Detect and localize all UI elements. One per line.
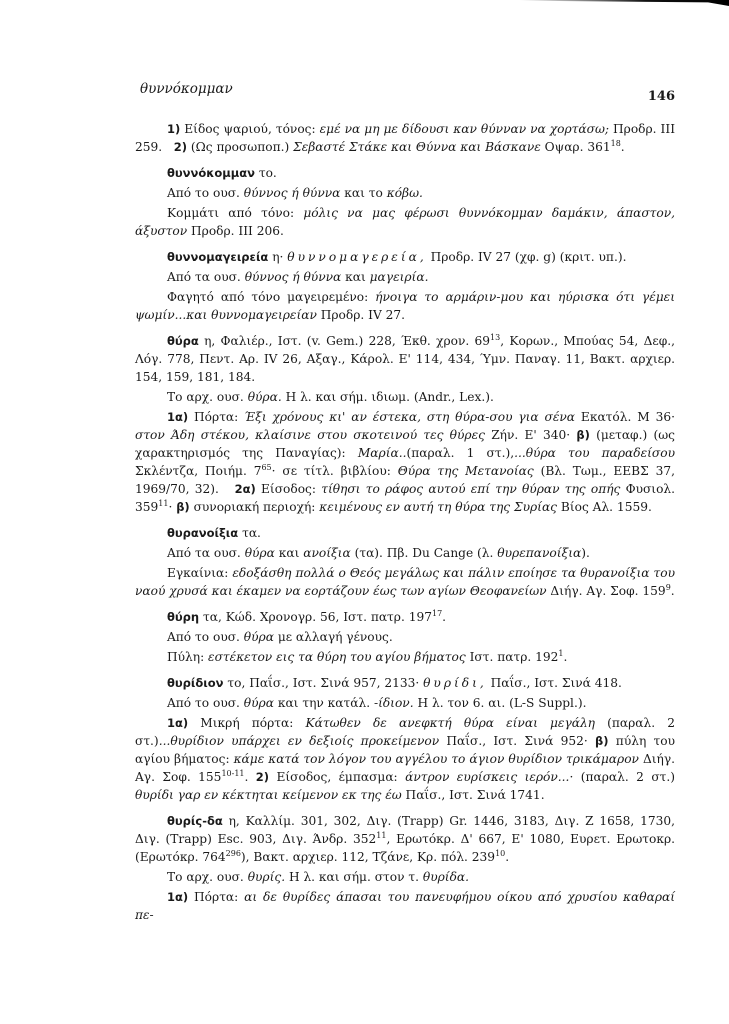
quotation: εμέ να μη με δίδουσι καν θύνναν να χορτά…	[320, 122, 609, 136]
punctuation: .	[505, 850, 509, 864]
citation: (παραλ. 1 στ.),	[406, 446, 514, 460]
superscript: 11	[376, 831, 386, 840]
etym-word: θύρα	[244, 696, 274, 710]
etym-word: θυρίς.	[248, 870, 285, 884]
quotation: Μαρία..	[358, 446, 407, 460]
punctuation: .	[563, 650, 567, 664]
entry-thyris: θυρίς-δα η, Καλλίμ. 301, 302, Διγ. (Trap…	[135, 812, 675, 924]
sense-paragraph: Εγκαίνια: εδοξάσθη πολλά ο Θεός μεγάλως …	[135, 564, 675, 600]
sense-paragraph: 1α) Πόρτα: αι δε θυρίδες άπασαι του πανε…	[135, 888, 675, 924]
definition: Κομμάτι από τόνο:	[167, 206, 303, 220]
citation: Βίος Αλ. 1559.	[557, 500, 652, 514]
etym-word: μαγειρία.	[370, 270, 429, 284]
quotation: εστέκετον εις τα θύρη του αγίου βήματος	[208, 650, 466, 664]
entry-thynnokomman: θυννόκομμαν το. Από το ουσ. θύννος ή θύν…	[135, 164, 675, 240]
etym-text: Από το ουσ.	[167, 696, 244, 710]
etym-word: κόβω.	[387, 186, 423, 200]
citation: Ιστ. πατρ. 192	[466, 650, 559, 664]
headword-line: θυννόκομμαν το.	[135, 164, 675, 182]
etym-text: Η λ. και σήμ. ιδιωμ. (Andr., Lex.).	[282, 390, 494, 404]
sense-paragraph: Φαγητό από τόνο μαγειρεμένο: ήνοιγα το α…	[135, 288, 675, 324]
etym-text: Από το ουσ.	[167, 630, 244, 644]
etymology: Από το ουσ. θύννος ή θύννα και το κόβω.	[135, 184, 675, 202]
superscript: 65	[261, 463, 271, 472]
headword-line: θύρη τα, Κώδ. Χρονογρ. 56, Ιστ. πατρ. 19…	[135, 608, 675, 626]
citation: Διήγ. Αγ. Σοφ. 159	[547, 584, 666, 598]
citation: · σε τίτλ. βιβλίου:	[272, 464, 398, 478]
etymology: Από το ουσ. θύρα με αλλαγή γένους.	[135, 628, 675, 646]
sense-number: β)	[595, 734, 609, 748]
quotation: ...θύρα του παραδείσου	[514, 446, 675, 460]
grammar: η·	[268, 250, 287, 264]
citation: Προδρ. IV 27.	[317, 308, 405, 322]
punctuation: .	[245, 770, 256, 784]
etym-text: και	[275, 546, 303, 560]
etym-word: θύρα.	[248, 390, 282, 404]
quotation: Κάτωθεν δε ανεφκτή θύρα είναι μεγάλη	[306, 716, 595, 730]
definition: Είσοδος:	[256, 482, 321, 496]
quotation: θυρίδι γαρ εν κέκτηται κείμενον εκ της έ…	[135, 788, 402, 802]
quotation: ...θυρίδιον υπάρχει εν δεξιοίς προκείμεν…	[159, 734, 439, 748]
running-head: θυννόκομμαν	[140, 80, 233, 98]
quotation: Έξι χρόνους κι' αν έστεκα, στη θύρα-σου …	[244, 410, 575, 424]
definition: συνοριακή περιοχή:	[190, 500, 320, 514]
etym-text: Το αρχ. ουσ.	[167, 870, 248, 884]
quotation: άντρον ευρίσκεις ιερόν...	[405, 770, 569, 784]
quotation: Θύρα της Μετανοίας	[398, 464, 534, 478]
etym-text: και την κατάλ.	[274, 696, 374, 710]
etymology: Από το ουσ. θύρα και την κατάλ. -ίδιον. …	[135, 694, 675, 712]
punctuation: .	[671, 584, 675, 598]
etym-word: θύννος ή θύννα	[244, 186, 341, 200]
etym-text: Η λ. τον 6. αι. (L-S Suppl.).	[414, 696, 587, 710]
page-header: θυννόκομμαν 146	[135, 80, 675, 120]
sense-number: 2)	[256, 770, 269, 784]
sense-paragraph: 1) Είδος ψαριού, τόνος: εμέ να μη με δίδ…	[135, 120, 675, 156]
etym-text: Η λ. και σήμ. στον τ.	[285, 870, 423, 884]
definition: Είσοδος, έμπασμα:	[269, 770, 405, 784]
sense-paragraph: 1α) Πόρτα: Έξι χρόνους κι' αν έστεκα, στ…	[135, 408, 675, 516]
headword-line: θύρα η, Φαλιέρ., Ιστ. (v. Gem.) 228, Έκθ…	[135, 332, 675, 386]
citations: ), Βακτ. αρχιερ. 112, Τζάνε, Κρ. πόλ. 23…	[241, 850, 495, 864]
quotation: στον Άδη στέκου, κλαίσινε στου σκοτεινού…	[135, 428, 485, 442]
etymology: Από τα ουσ. θύννος ή θύννα και μαγειρία.	[135, 268, 675, 286]
superscript: 10-11	[221, 769, 244, 778]
headword: θυρίδιον	[167, 676, 224, 690]
headword-line: θυρανοίξια τα.	[135, 524, 675, 542]
etym-word: ανοίξια	[303, 546, 350, 560]
headword: θύρη	[167, 610, 199, 624]
etymology: Από τα ουσ. θύρα και ανοίξια (τα). Πβ. D…	[135, 544, 675, 562]
grammar: το.	[255, 166, 277, 180]
quotation: Σεβαστέ Στάκε και Θύννα και Βάσκανε	[293, 140, 541, 154]
etym-word: θύρα	[244, 630, 274, 644]
superscript: 13	[490, 333, 500, 342]
sense-number: 2)	[174, 140, 187, 154]
etym-word: θυρεπανοίξια	[497, 546, 581, 560]
sense-number: β)	[176, 500, 190, 514]
dictionary-page: θυννόκομμαν 146 1) Είδος ψαριού, τόνος: …	[135, 80, 675, 932]
sense-paragraph: Κομμάτι από τόνο: μόλις να μας φέρωσι θυ…	[135, 204, 675, 240]
citations: τα, Κώδ. Χρονογρ. 56, Ιστ. πατρ. 197	[199, 610, 432, 624]
quotation: τίθησι το ράφος αυτού επί την θύραν της …	[321, 482, 620, 496]
definition: Μικρή πόρτα:	[188, 716, 305, 730]
headword-line: θυρίς-δα η, Καλλίμ. 301, 302, Διγ. (Trap…	[135, 812, 675, 866]
citation: Παΐσ., Ιστ. Σινά 1741.	[402, 788, 545, 802]
headword-line: θυρίδιον το, Παΐσ., Ιστ. Σινά 957, 2133·…	[135, 674, 675, 692]
citation: Εκατόλ. Μ 36·	[575, 410, 675, 424]
citation: Οψαρ. 361	[541, 140, 611, 154]
citation: Σκλέντζα, Ποιήμ. 7	[135, 464, 261, 478]
superscript: 296	[226, 849, 241, 858]
definition: Πόρτα:	[188, 410, 244, 424]
definition: Φαγητό από τόνο μαγειρεμένο:	[167, 290, 375, 304]
quotation: κάμε κατά τον λόγον του αγγέλου το άγιον…	[234, 752, 639, 766]
sense-number: 1α)	[167, 890, 188, 904]
headword-line: θυννομαγειρεία η· θυννομαγερεία, Προδρ. …	[135, 248, 675, 266]
etym-text: Από τα ουσ.	[167, 546, 245, 560]
citations: η, Φαλιέρ., Ιστ. (v. Gem.) 228, Έκθ. χρο…	[199, 334, 490, 348]
entry-thynnomageireia: θυννομαγειρεία η· θυννομαγερεία, Προδρ. …	[135, 248, 675, 324]
etym-text: Το αρχ. ουσ.	[167, 390, 248, 404]
citation: Προδρ. III 206.	[187, 224, 284, 238]
sense-number: 1)	[167, 122, 180, 136]
scan-edge-shadow	[520, 0, 729, 6]
etym-text: με αλλαγή γένους.	[274, 630, 393, 644]
citations: το, Παΐσ., Ιστ. Σινά 957, 2133·	[224, 676, 424, 690]
headword: θύρα	[167, 334, 199, 348]
citation: · (παραλ. 2 στ.)	[569, 770, 675, 784]
etym-word: θυρίδα.	[423, 870, 469, 884]
headword: θυρανοίξια	[167, 526, 238, 540]
definition: Πόρτα:	[188, 890, 244, 904]
entry-thyridion: θυρίδιον το, Παΐσ., Ιστ. Σινά 957, 2133·…	[135, 674, 675, 804]
variant-form: θυννομαγερεία,	[287, 250, 426, 264]
citation: Παΐσ., Ιστ. Σινά 952·	[439, 734, 595, 748]
variant-form: θυρίδι,	[423, 676, 487, 690]
etym-text: και το	[340, 186, 386, 200]
superscript: 11	[158, 499, 168, 508]
superscript: 10	[495, 849, 505, 858]
etym-word: θύρα	[245, 546, 275, 560]
headword: θυρίς-δα	[167, 814, 223, 828]
entry-thynnos-continued: 1) Είδος ψαριού, τόνος: εμέ να μη με δίδ…	[135, 120, 675, 156]
definition: Πύλη:	[167, 650, 208, 664]
entry-thyra: θύρα η, Φαλιέρ., Ιστ. (v. Gem.) 228, Έκθ…	[135, 332, 675, 516]
quotation: κειμένους εν αυτή τη θύρα της Συρίας	[319, 500, 557, 514]
etym-text: Από το ουσ.	[167, 186, 244, 200]
punctuation: .	[621, 140, 625, 154]
entry-thyranoixia: θυρανοίξια τα. Από τα ουσ. θύρα και ανοί…	[135, 524, 675, 600]
citation: Ζήν. Ε' 340·	[485, 428, 576, 442]
etymology: Το αρχ. ουσ. θυρίς. Η λ. και σήμ. στον τ…	[135, 868, 675, 886]
sense-number: β)	[576, 428, 590, 442]
entry-thyri: θύρη τα, Κώδ. Χρονογρ. 56, Ιστ. πατρ. 19…	[135, 608, 675, 666]
superscript: 18	[611, 139, 621, 148]
etym-word: -ίδιον.	[374, 696, 414, 710]
definition: Εγκαίνια:	[167, 566, 232, 580]
headword: θυννομαγειρεία	[167, 250, 268, 264]
etym-text: (τα). Πβ. Du Cange (λ.	[351, 546, 498, 560]
sense-paragraph: 1α) Μικρή πόρτα: Κάτωθεν δε ανεφκτή θύρα…	[135, 714, 675, 804]
page-number: 146	[648, 88, 675, 106]
citations: Προδρ. IV 27 (χφ. g) (κριτ. υπ.).	[427, 250, 627, 264]
headword: θυννόκομμαν	[167, 166, 255, 180]
etymology: Το αρχ. ουσ. θύρα. Η λ. και σήμ. ιδιωμ. …	[135, 388, 675, 406]
punctuation: ).	[581, 546, 590, 560]
sense-number: 1α)	[167, 410, 188, 424]
sense-number: 2α)	[235, 482, 256, 496]
definition: (Ως προσωποπ.)	[191, 140, 293, 154]
etym-word: θύννος ή θύννα	[245, 270, 342, 284]
citations: Παΐσ., Ιστ. Σινά 418.	[487, 676, 622, 690]
grammar: τα.	[238, 526, 261, 540]
sense-number: 1α)	[167, 716, 188, 730]
sense-paragraph: Πύλη: εστέκετον εις τα θύρη του αγίου βή…	[135, 648, 675, 666]
etym-text: Από τα ουσ.	[167, 270, 245, 284]
punctuation: .	[442, 610, 446, 624]
superscript: 17	[432, 609, 442, 618]
etym-text: και	[341, 270, 369, 284]
definition: Είδος ψαριού, τόνος:	[184, 122, 319, 136]
